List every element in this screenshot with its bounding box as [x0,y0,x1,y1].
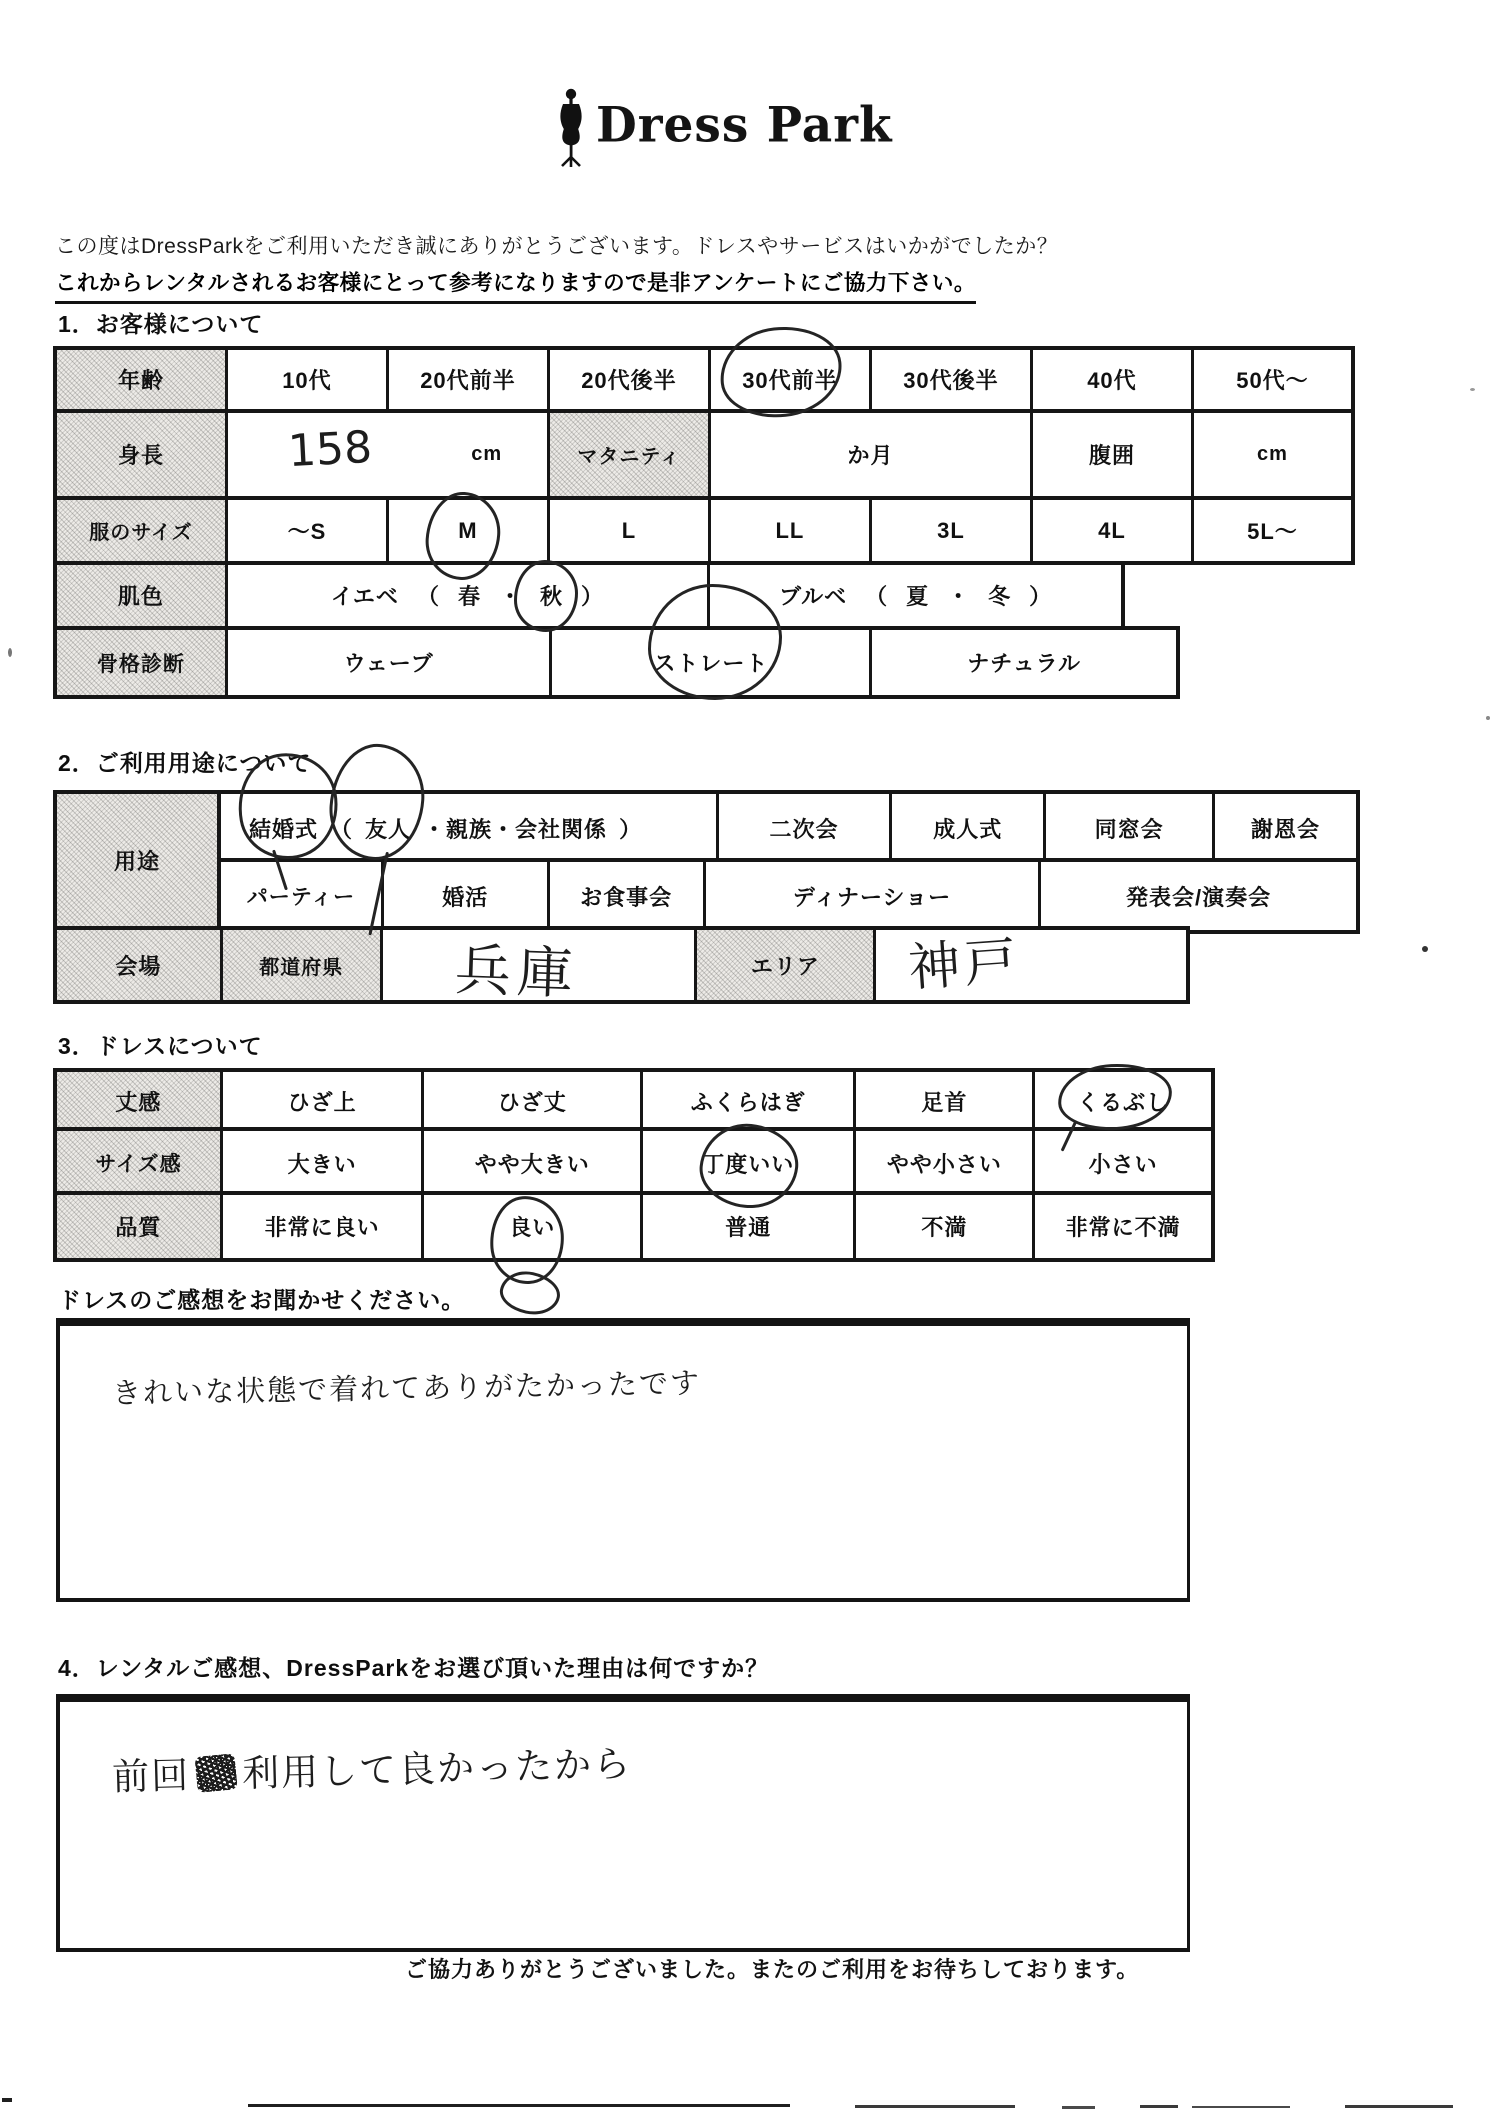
usage-option-afterparty: 二次会 [716,794,890,862]
dot-separator: ・ [947,580,970,611]
maternity-label: マタニティ [547,413,708,496]
scan-artifact-line [1062,2106,1095,2109]
handwritten-reason-part1: 前回 [112,1754,191,1799]
scan-speck [1470,388,1475,391]
girth-label: 腹囲 [1030,413,1191,496]
scan-speck [8,648,12,657]
dress-feedback-box [56,1318,1190,1602]
age-option-late20s: 20代後半 [547,350,708,409]
size-option-s: ～S [225,500,386,561]
age-option-late30s: 30代後半 [869,350,1030,409]
handwritten-height-value: 158 [287,422,374,477]
scan-artifact-line [1345,2105,1453,2108]
area-label: エリア [694,930,873,1000]
handwritten-reason-part2: 利用して良かったから [242,1742,633,1795]
quality-option-very-unsatisfied: 非常に不満 [1032,1195,1211,1258]
scan-artifact-line [1192,2106,1290,2108]
section4-title: 4．レンタルご感想、DressParkをお選び頂いた理由は何ですか？ [58,1650,769,1683]
size-row: 服のサイズ ～S M L LL 3L 4L 5L～ [53,496,1355,565]
quality-option-unsatisfied: 不満 [853,1195,1032,1258]
scan-speck [1486,716,1490,720]
size-option-l: L [547,500,708,561]
fit-option-small: 小さい [1032,1131,1211,1195]
usage-option-thanks-party: 謝恩会 [1212,794,1356,862]
frame-label: 骨格診断 [57,630,225,695]
height-unit: cm [225,413,547,496]
logo-wordmark: Dress Park [596,97,893,154]
length-option-knee: ひざ丈 [421,1072,639,1131]
paren-open: （ [865,580,888,611]
size-option-5l: 5L～ [1191,500,1351,561]
handwritten-prefecture: 兵庫 [454,926,581,1010]
length-option-calf: ふくらはぎ [640,1072,854,1131]
skin-blue-base: ブルベ [779,580,847,611]
usage-option-dinner: お食事会 [547,862,703,930]
handwritten-area: 神戸 [906,918,1023,1001]
length-label: 丈感 [57,1072,220,1131]
length-option-ankle: 足首 [853,1072,1032,1131]
intro-line-2: これからレンタルされるお客様にとって参考になりますので是非アンケートにご協力下さ… [55,266,976,304]
dress-feedback-label: ドレスのご感想をお聞かせください。 [58,1282,465,1315]
age-label: 年齢 [57,350,225,409]
quality-row: 品質 非常に良い 良い 普通 不満 非常に不満 [53,1191,1215,1262]
scan-speck [1422,946,1428,952]
usage-option-party: パーティー [221,862,381,930]
quality-label: 品質 [57,1195,220,1258]
scan-artifact-line [2,2098,12,2102]
age-row: 年齢 10代 20代前半 20代後半 30代前半 30代後半 40代 50代～ [53,346,1355,413]
fit-option-slightly-small: やや小さい [853,1131,1032,1195]
scan-artifact-line [248,2104,790,2107]
usage-row-2: パーティー 婚活 お食事会 ディナーショー 発表会/演奏会 [217,858,1360,934]
usage-relatives-company: ・親族・会社関係 [423,813,607,844]
age-option-early20s: 20代前半 [386,350,547,409]
usage-option-recital: 発表会/演奏会 [1038,862,1356,930]
age-option-40s: 40代 [1030,350,1191,409]
usage-label: 用途 [53,790,221,930]
closing-message: ご協力ありがとうございました。またのご利用をお待ちしております。 [405,1953,1139,1984]
height-label: 身長 [57,413,225,496]
size-option-3l: 3L [869,500,1030,561]
height-row: 身長 cm マタニティ か月 腹囲 cm [53,409,1355,500]
scribbled-out-character [194,1753,237,1793]
age-option-50s: 50代～ [1191,350,1351,409]
length-option-above-knee: ひざ上 [220,1072,422,1131]
paren-close: ） [1029,580,1052,611]
frame-row: 骨格診断 ウェーブ ストレート ナチュラル [53,626,1180,699]
skin-yellow-base: イエベ [331,580,399,611]
months-unit: か月 [708,413,1030,496]
paren-open: （ [417,580,440,611]
size-option-ll: LL [708,500,869,561]
usage-option-konkatsu: 婚活 [381,862,547,930]
scan-artifact-line [855,2105,1015,2108]
frame-option-wave: ウェーブ [225,630,550,695]
skin-option-spring: 春 [458,580,481,611]
length-row: 丈感 ひざ上 ひざ丈 ふくらはぎ 足首 くるぶし [53,1068,1215,1135]
age-option-10s: 10代 [225,350,386,409]
fit-label: サイズ感 [57,1131,220,1195]
skin-option-winter: 冬 [988,580,1011,611]
paren-close: ） [619,813,642,844]
venue-label: 会場 [57,930,220,1000]
quality-option-very-good: 非常に良い [220,1195,422,1258]
intro-line-1: この度はDressParkをご利用いただき誠にありがとうございます。ドレスやサー… [55,230,1058,260]
skin-label: 肌色 [57,565,225,626]
paren-close: ） [581,580,604,611]
section1-title: 1．お客様について [58,306,263,339]
frame-option-natural: ナチュラル [869,630,1176,695]
size-label: 服のサイズ [57,500,225,561]
section3-title: 3．ドレスについて [58,1028,263,1061]
survey-scan-page: Dress Park この度はDressParkをご利用いただき誠にありがとうご… [0,0,1500,2127]
fit-option-slightly-big: やや大きい [421,1131,639,1195]
dress-form-icon [550,88,592,173]
usage-option-reunion: 同窓会 [1043,794,1212,862]
prefecture-label: 都道府県 [220,930,380,1000]
girth-unit: cm [1191,413,1351,496]
scan-artifact-line [1140,2105,1178,2108]
fit-option-big: 大きい [220,1131,422,1195]
skin-row: 肌色 イエベ （ 春 ・ 秋 ） ブルベ （ 夏 ・ 冬 ） [53,561,1125,630]
skin-option-summer: 夏 [906,580,929,611]
fit-row: サイズ感 大きい やや大きい 丁度いい やや小さい 小さい [53,1127,1215,1199]
usage-option-coming-of-age: 成人式 [889,794,1043,862]
size-option-4l: 4L [1030,500,1191,561]
